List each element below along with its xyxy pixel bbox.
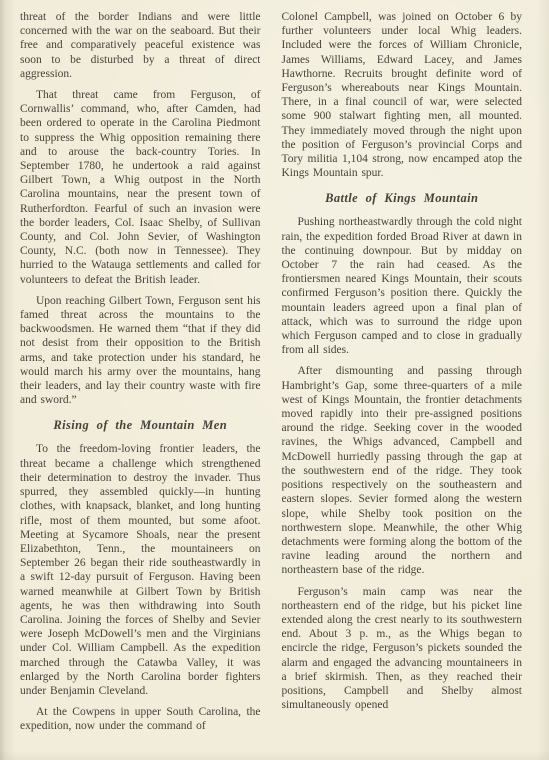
section-heading-battle-of-kings-mountain: Battle of Kings Mountain (282, 191, 523, 206)
paragraph: That threat came from Ferguson, of Cornw… (20, 88, 261, 287)
paragraph: Pushing northeastwardly through the cold… (282, 215, 523, 357)
paragraph: To the freedom-loving frontier leaders, … (20, 442, 261, 698)
paragraph: Ferguson’s main camp was near the northe… (282, 585, 523, 713)
right-column: Colonel Campbell, was joined on October … (282, 10, 523, 760)
left-column: threat of the border Indians and were li… (20, 10, 261, 760)
scanned-book-page: threat of the border Indians and were li… (0, 0, 549, 760)
section-heading-rising-of-the-mountain-men: Rising of the Mountain Men (20, 418, 261, 433)
paragraph: After dismounting and passing through Ha… (282, 364, 523, 577)
paragraph: Upon reaching Gilbert Town, Ferguson sen… (20, 294, 261, 408)
paragraph: At the Cowpens in upper South Carolina, … (20, 705, 261, 733)
paragraph-continuation: threat of the border Indians and were li… (20, 10, 261, 81)
paragraph-continuation: Colonel Campbell, was joined on October … (282, 10, 523, 180)
